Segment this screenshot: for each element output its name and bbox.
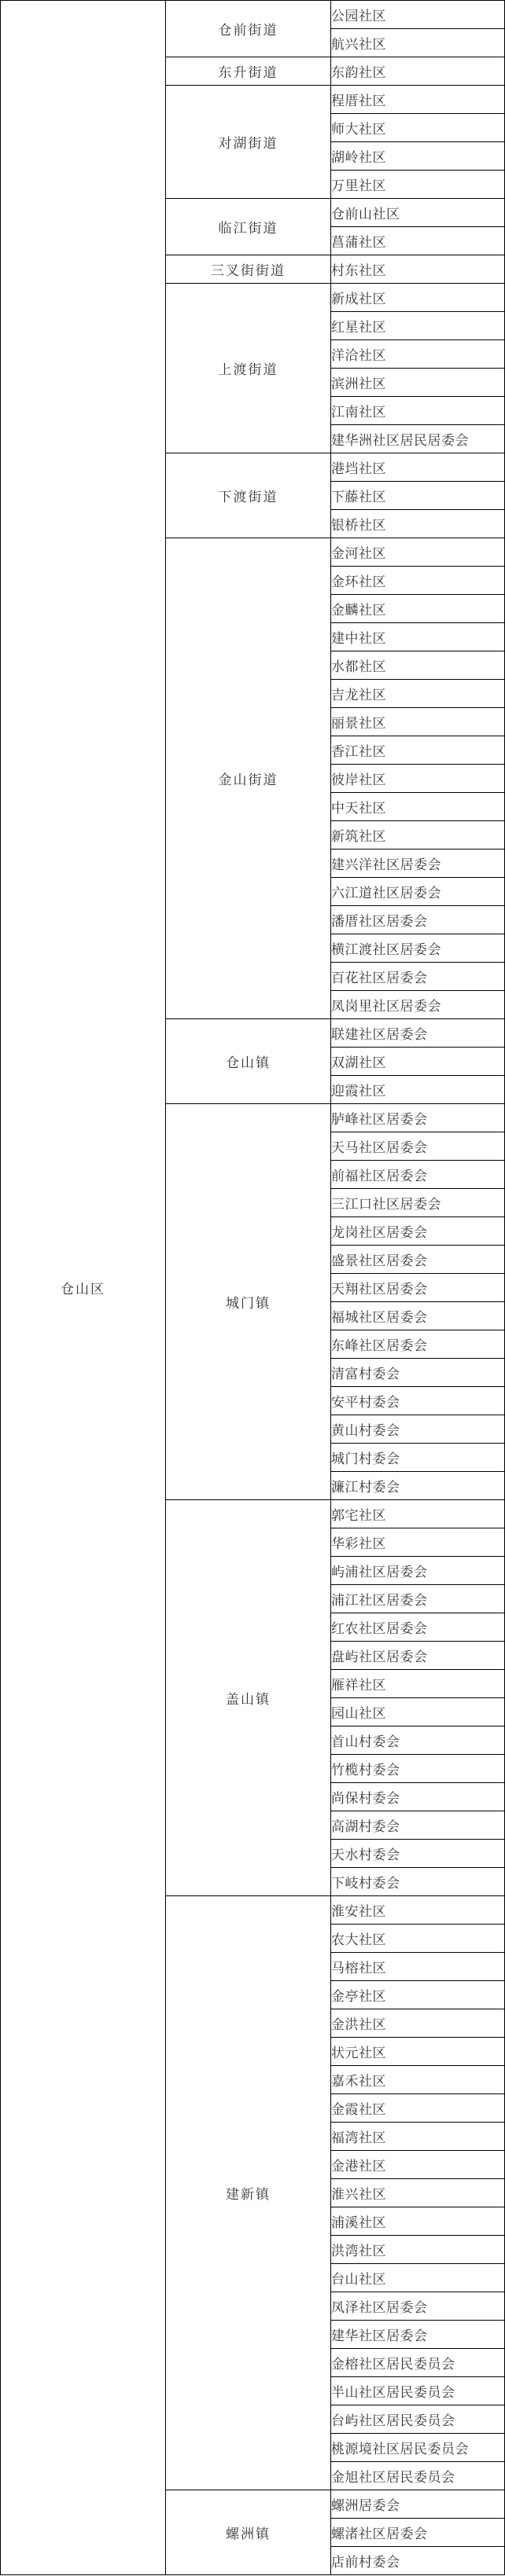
community-cell: 双湖社区: [331, 1048, 505, 1076]
community-cell: 金榕社区居民委员会: [331, 2349, 505, 2377]
community-cell: 螺渚社区居委会: [331, 2519, 505, 2547]
community-cell: 高湖村委会: [331, 1811, 505, 1840]
community-cell: 尚保村委会: [331, 1783, 505, 1811]
community-cell: 联建社区居委会: [331, 1019, 505, 1048]
community-cell: 台屿社区居民委员会: [331, 2405, 505, 2434]
community-cell: 中天社区: [331, 793, 505, 821]
community-cell: 嘉禾社区: [331, 2066, 505, 2094]
community-cell: 滨洲社区: [331, 369, 505, 397]
street-cell: 建新镇: [166, 1896, 331, 2490]
community-cell: 迎霞社区: [331, 1076, 505, 1104]
community-cell: 三江口社区居委会: [331, 1189, 505, 1217]
community-cell: 园山社区: [331, 1698, 505, 1727]
community-cell: 福城社区居委会: [331, 1302, 505, 1330]
community-cell: 天马社区居委会: [331, 1132, 505, 1161]
community-cell: 濂江村委会: [331, 1472, 505, 1500]
community-cell: 建华洲社区居民居委会: [331, 425, 505, 453]
community-cell: 新成社区: [331, 284, 505, 312]
community-cell: 航兴社区: [331, 29, 505, 57]
street-cell: 城门镇: [166, 1104, 331, 1500]
community-cell: 潘厝社区居委会: [331, 906, 505, 934]
community-cell: 桃源境社区居民委员会: [331, 2434, 505, 2462]
community-cell: 湖岭社区: [331, 142, 505, 171]
community-cell: 师大社区: [331, 114, 505, 142]
community-cell: 胪峰社区居委会: [331, 1104, 505, 1132]
community-cell: 吉龙社区: [331, 680, 505, 708]
street-cell: 下渡街道: [166, 453, 331, 538]
community-cell: 华彩社区: [331, 1528, 505, 1557]
community-cell: 龙岗社区居委会: [331, 1217, 505, 1246]
community-cell: 金港社区: [331, 2151, 505, 2179]
community-cell: 农大社区: [331, 1925, 505, 1953]
community-cell: 福湾社区: [331, 2123, 505, 2151]
community-cell: 村东社区: [331, 255, 505, 284]
community-cell: 洪湾社区: [331, 2236, 505, 2264]
district-cell: 仓山区: [1, 1, 166, 2575]
community-cell: 建中社区: [331, 623, 505, 651]
community-cell: 金河社区: [331, 538, 505, 567]
table-row: 仓山区仓前街道公园社区: [1, 1, 505, 29]
community-cell: 六江道社区居委会: [331, 878, 505, 906]
community-cell: 凤泽社区居委会: [331, 2292, 505, 2321]
street-cell: 盖山镇: [166, 1500, 331, 1896]
street-cell: 对湖街道: [166, 86, 331, 199]
community-cell: 淮兴社区: [331, 2179, 505, 2207]
community-cell: 公园社区: [331, 1, 505, 29]
community-cell: 金霞社区: [331, 2094, 505, 2123]
community-cell: 屿浦社区居委会: [331, 1557, 505, 1585]
community-cell: 盛景社区居委会: [331, 1246, 505, 1274]
community-cell: 红星社区: [331, 312, 505, 340]
community-cell: 首山村委会: [331, 1727, 505, 1755]
community-cell: 江南社区: [331, 397, 505, 425]
street-cell: 金山街道: [166, 538, 331, 1019]
document-page: 仓山区仓前街道公园社区航兴社区东升街道东韵社区对湖街道程厝社区师大社区湖岭社区万…: [0, 0, 505, 2576]
community-cell: 东峰社区居委会: [331, 1330, 505, 1359]
community-cell: 百花社区居委会: [331, 963, 505, 991]
community-cell: 凤岗里社区居委会: [331, 991, 505, 1019]
community-cell: 香江社区: [331, 736, 505, 765]
community-cell: 天翔社区居委会: [331, 1274, 505, 1302]
community-cell: 半山社区居民委员会: [331, 2377, 505, 2405]
street-cell: 上渡街道: [166, 284, 331, 453]
community-cell: 洋洽社区: [331, 340, 505, 369]
street-cell: 仓前街道: [166, 1, 331, 57]
community-cell: 东韵社区: [331, 57, 505, 86]
community-cell: 台山社区: [331, 2264, 505, 2292]
community-cell: 水都社区: [331, 651, 505, 680]
community-cell: 天水村委会: [331, 1840, 505, 1868]
community-cell: 金亭社区: [331, 1981, 505, 2009]
community-cell: 盘屿社区居委会: [331, 1642, 505, 1670]
street-cell: 东升街道: [166, 57, 331, 86]
community-cell: 竹榄村委会: [331, 1755, 505, 1783]
street-cell: 三叉街街道: [166, 255, 331, 284]
community-cell: 菖蒲社区: [331, 227, 505, 255]
community-cell: 仓前山社区: [331, 199, 505, 227]
community-cell: 雁祥社区: [331, 1670, 505, 1698]
community-cell: 金环社区: [331, 567, 505, 595]
community-cell: 下藤社区: [331, 482, 505, 510]
community-cell: 金旭社区居民委员会: [331, 2462, 505, 2490]
community-cell: 程厝社区: [331, 86, 505, 114]
community-cell: 浦溪社区: [331, 2207, 505, 2236]
community-cell: 建华社区居委会: [331, 2321, 505, 2349]
community-cell: 金麟社区: [331, 595, 505, 623]
community-cell: 前福社区居委会: [331, 1161, 505, 1189]
street-cell: 螺洲镇: [166, 2490, 331, 2575]
table-body: 仓山区仓前街道公园社区航兴社区东升街道东韵社区对湖街道程厝社区师大社区湖岭社区万…: [1, 1, 505, 2575]
community-cell: 店前村委会: [331, 2547, 505, 2575]
community-cell: 郭宅社区: [331, 1500, 505, 1528]
community-cell: 红农社区居委会: [331, 1613, 505, 1642]
community-cell: 建兴洋社区居委会: [331, 849, 505, 878]
community-cell: 彼岸社区: [331, 765, 505, 793]
community-cell: 横江渡社区居委会: [331, 934, 505, 963]
community-cell: 港垱社区: [331, 453, 505, 482]
community-cell: 状元社区: [331, 2038, 505, 2066]
community-cell: 黄山村委会: [331, 1415, 505, 1444]
community-cell: 清富村委会: [331, 1359, 505, 1387]
community-cell: 马榕社区: [331, 1953, 505, 1981]
community-cell: 浦江社区居委会: [331, 1585, 505, 1613]
street-cell: 仓山镇: [166, 1019, 331, 1104]
community-cell: 下岐村委会: [331, 1868, 505, 1896]
community-cell: 金洪社区: [331, 2009, 505, 2038]
community-cell: 城门村委会: [331, 1444, 505, 1472]
community-cell: 万里社区: [331, 171, 505, 199]
community-cell: 银桥社区: [331, 510, 505, 538]
community-cell: 新筑社区: [331, 821, 505, 849]
admin-division-table: 仓山区仓前街道公园社区航兴社区东升街道东韵社区对湖街道程厝社区师大社区湖岭社区万…: [0, 0, 505, 2575]
community-cell: 螺洲居委会: [331, 2490, 505, 2519]
community-cell: 丽景社区: [331, 708, 505, 736]
community-cell: 淮安社区: [331, 1896, 505, 1925]
community-cell: 安平村委会: [331, 1387, 505, 1415]
street-cell: 临江街道: [166, 199, 331, 255]
